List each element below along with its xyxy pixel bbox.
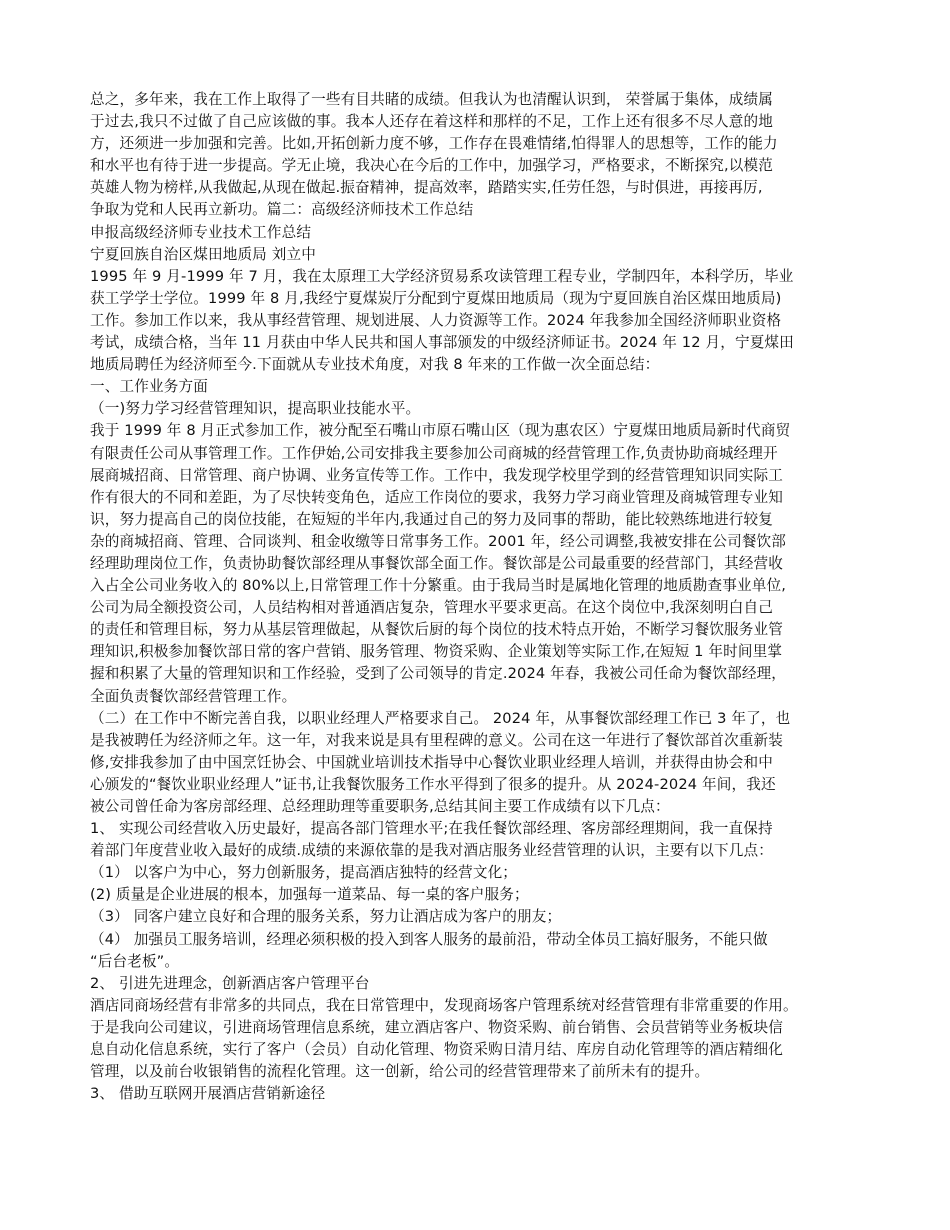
text-line: 工作。参加工作以来，我从事经营管理、规划进展、人力资源等工作。2024 年我参加… [90, 310, 870, 332]
text-line: 展商城招商、日常管理、商户协调、业务宣传等工作。工作中，我发现学校里学到的经营管… [90, 465, 870, 487]
numbered-item: 1、 实现公司经营收入历史最好，提高各部门管理水平;在我任餐饮部经理、客房部经理… [90, 818, 870, 840]
text-line: 地质局聘任为经济师至今.下面就从专业技术角度，对我 8 年来的工作做一次全面总结… [90, 354, 870, 376]
text-line: 争取为党和人民再立新功。篇二：高级经济师技术工作总结 [90, 199, 870, 221]
text-line: 作有很大的不同和差距，为了尽快转变角色，适应工作岗位的要求，我努力学习商业管理及… [90, 487, 870, 509]
text-line: 心颁发的“餐饮业职业经理人”证书,让我餐饮服务工作水平得到了很多的提升。从 20… [90, 774, 870, 796]
text-line: 考试，成绩合格，当年 11 月获由中华人民共和国人事部颁发的中级经济师证书。20… [90, 332, 870, 354]
text-line: 和水平也有待于进一步提高。学无止境，我决心在今后的工作中，加强学习，严格要求，不… [90, 155, 870, 177]
text-line: 全面负责餐饮部经营管理工作。 [90, 686, 870, 708]
author-line: 宁夏回族自治区煤田地质局 刘立中 [90, 244, 870, 266]
sub-item: （3） 同客户建立良好和合理的服务关系，努力让酒店成为客户的朋友； [90, 906, 870, 928]
document-title: 申报高级经济师专业技术工作总结 [90, 222, 870, 244]
sub-item: (2) 质量是企业进展的根本，加强每一道菜品、每一桌的客户服务； [90, 884, 870, 906]
section-heading: 一、工作业务方面 [90, 376, 870, 398]
text-line: 1995 年 9 月-1999 年 7 月，我在太原理工大学经济贸易系攻读管理工… [90, 266, 870, 288]
text-line: 于是我向公司建议，引进商场管理信息系统，建立酒店客户、物资采购、前台销售、会员营… [90, 1017, 870, 1039]
sub-item: （1） 以客户为中心，努力创新服务，提高酒店独特的经营文化； [90, 862, 870, 884]
text-line: 于过去,我只不过做了自己应该做的事。我本人还存在着这样和那样的不足，工作上还有很… [90, 111, 870, 133]
subsection-heading: （二）在工作中不断完善自我，以职业经理人严格要求自己。 2024 年，从事餐饮部… [90, 708, 870, 730]
sub-item: （4） 加强员工服务培训，经理必须积极的投入到客人服务的最前沿，带动全体员工搞好… [90, 929, 870, 951]
text-line: 握和积累了大量的管理知识和工作经验，受到了公司领导的肯定.2024 年春，我被公… [90, 663, 870, 685]
text-line: 理知识,积极参加餐饮部日常的客户营销、服务管理、物资采购、企业策划等实际工作,在… [90, 641, 870, 663]
text-line: 的责任和管理目标，努力从基层管理做起，从餐饮后厨的每个岗位的技术特点开始，不断学… [90, 619, 870, 641]
text-line: 是我被聘任为经济师之年。这一年，对我来说是具有里程碑的意义。公司在这一年进行了餐… [90, 730, 870, 752]
text-line: 总之，多年来，我在工作上取得了一些有目共睹的成绩。但我认为也清醒认识到， 荣誉属… [90, 89, 870, 111]
text-line: 英雄人物为榜样,从我做起,从现在做起.振奋精神，提高效率，踏踏实实,任劳任怨，与… [90, 177, 870, 199]
text-line: 获工学学士学位。1999 年 8 月,我经宁夏煤炭厅分配到宁夏煤田地质局（现为宁… [90, 288, 870, 310]
text-line: 我于 1999 年 8 月正式参加工作，被分配至石嘴山市原石嘴山区（现为惠农区）… [90, 420, 870, 442]
numbered-item: 3、 借助互联网开展酒店营销新途径 [90, 1083, 870, 1105]
text-line: 息自动化信息系统，实行了客户（会员）自动化管理、物资采购日清月结、库房自动化管理… [90, 1039, 870, 1061]
text-line: 有限责任公司从事管理工作。工作伊始,公司安排我主要参加公司商城的经营管理工作,负… [90, 443, 870, 465]
text-line: 识，努力提高自己的岗位技能，在短短的半年内,我通过自己的努力及同事的帮助，能比较… [90, 509, 870, 531]
text-line: 管理，以及前台收银销售的流程化管理。这一创新，给公司的经营管理带来了前所未有的提… [90, 1061, 870, 1083]
text-line: 杂的商城招商、管理、合同谈判、租金收缴等日常事务工作。2001 年，经公司调整,… [90, 531, 870, 553]
text-line: 公司为局全额投资公司，人员结构相对普通酒店复杂，管理水平要求更高。在这个岗位中,… [90, 597, 870, 619]
text-line: “后台老板”。 [90, 951, 870, 973]
text-line: 被公司曾任命为客房部经理、总经理助理等重要职务,总结其间主要工作成绩有以下几点： [90, 796, 870, 818]
text-line: 酒店同商场经营有非常多的共同点，我在日常管理中，发现商场客户管理系统对经营管理有… [90, 995, 870, 1017]
text-line: 着部门年度营业收入最好的成绩.成绩的来源依靠的是我对酒店服务业经营管理的认识，主… [90, 840, 870, 862]
subsection-heading: （一)努力学习经营管理知识，提高职业技能水平。 [90, 398, 870, 420]
text-line: 方，还须进一步加强和完善。比如,开拓创新力度不够，工作存在畏难情绪,怕得罪人的思… [90, 133, 870, 155]
text-line: 经理助理岗位工作，负责协助餐饮部经理从事餐饮部全面工作。餐饮部是公司最重要的经营… [90, 553, 870, 575]
numbered-item: 2、 引进先进理念，创新酒店客户管理平台 [90, 973, 870, 995]
text-line: 修,安排我参加了由中国烹饪协会、中国就业培训技术指导中心餐饮业职业经理人培训，并… [90, 752, 870, 774]
text-line: 入占全公司业务收入的 80%以上,日常管理工作十分繁重。由于我局当时是属地化管理… [90, 575, 870, 597]
document-page: 总之，多年来，我在工作上取得了一些有目共睹的成绩。但我认为也清醒认识到， 荣誉属… [90, 89, 870, 1105]
